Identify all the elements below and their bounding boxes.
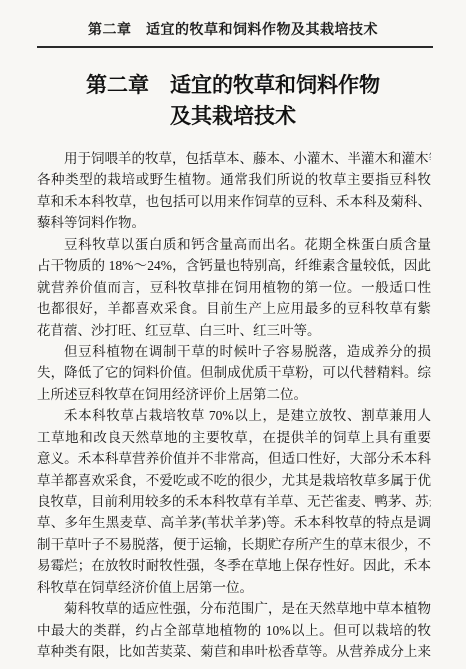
text-line: 制干草叶子不易脱落，便于运输，长期贮存所产生的草末很少，不	[37, 534, 431, 555]
text-line: 花苜蓿、沙打旺、红豆草、白三叶、红三叶等。	[37, 320, 431, 341]
text-line: 意义。禾本科草营养价值并不非常高，但适口性好，大部分禾本科	[37, 448, 431, 469]
chapter-title-line2: 及其栽培技术	[0, 101, 466, 132]
running-header: 第二章 适宜的牧草和饲料作物及其栽培技术	[0, 21, 466, 38]
text-line: 易霉烂；在放牧时耐牧性强，冬季在草地上保存性好。因此，禾本	[37, 555, 431, 576]
text-line: 藜科等饲料作物。	[37, 212, 431, 233]
text-line: 就营养价值而言，豆科牧草排在饲用植物的第一位。一般适口性	[37, 277, 431, 298]
header-rule	[37, 46, 433, 48]
text-line: 菊科牧草的适应性强，分布范围广，是在天然草地中草本植物	[37, 598, 431, 619]
text-line: 禾本科牧草占栽培牧草 70%以上，是建立放牧、割草兼用人	[37, 405, 431, 426]
text-line: 占干物质的 18%～24%，含钙量也特别高，纤维素含量较低，因此	[37, 255, 431, 276]
text-line: 科牧草在饲草经济价值上居第一位。	[37, 577, 431, 598]
text-line: 豆科牧草以蛋白质和钙含量高而出名。花期全株蛋白质含量	[37, 234, 431, 255]
paragraph: 但豆科植物在调制干草的时候叶子容易脱落，造成养分的损失，降低了它的饲料价值。但制…	[37, 341, 431, 405]
text-line: 也都很好，羊都喜欢采食。目前生产上应用最多的豆科牧草有紫	[37, 298, 431, 319]
text-line: 草种类有限，比如苦荬菜、菊苣和串叶松香草等。从营养成分上来	[37, 641, 431, 662]
text-line: 良牧草，目前利用较多的禾本科牧草有羊草、无芒雀麦、鸭茅、苏丹	[37, 491, 431, 512]
text-line: 各种类型的栽培或野生植物。通常我们所说的牧草主要指豆科牧	[37, 169, 431, 190]
page-body: 用于饲喂羊的牧草，包括草本、藤本、小灌木、半灌木和灌木等各种类型的栽培或野生植物…	[37, 148, 431, 663]
text-line: 工草地和改良天然草地的主要牧草，在提供羊的饲草上具有重要	[37, 427, 431, 448]
text-line: 草和禾本科牧草，也包括可以用来作饲草的豆科、禾本科及菊科、	[37, 191, 431, 212]
text-line: 失，降低了它的饲料价值。但制成优质干草粉，可以代替精料。综	[37, 362, 431, 383]
text-line: 但豆科植物在调制干草的时候叶子容易脱落，造成养分的损	[37, 341, 431, 362]
text-line: 草、多年生黑麦草、高羊茅(苇状羊茅)等。禾本科牧草的特点是调	[37, 512, 431, 533]
paragraph: 菊科牧草的适应性强，分布范围广，是在天然草地中草本植物中最大的类群，约占全部草地…	[37, 598, 431, 662]
book-page: 第二章 适宜的牧草和饲料作物及其栽培技术 第二章 适宜的牧草和饲料作物 及其栽培…	[0, 0, 466, 669]
text-line: 中最大的类群，约占全部草地植物的 10%以上。但可以栽培的牧	[37, 620, 431, 641]
paragraph: 豆科牧草以蛋白质和钙含量高而出名。花期全株蛋白质含量占干物质的 18%～24%，…	[37, 234, 431, 341]
chapter-title: 第二章 适宜的牧草和饲料作物 及其栽培技术	[0, 70, 466, 132]
text-line: 用于饲喂羊的牧草，包括草本、藤本、小灌木、半灌木和灌木等	[37, 148, 431, 169]
chapter-title-line1: 第二章 适宜的牧草和饲料作物	[0, 70, 466, 101]
paragraph: 禾本科牧草占栽培牧草 70%以上，是建立放牧、割草兼用人工草地和改良天然草地的主…	[37, 405, 431, 598]
paragraph: 用于饲喂羊的牧草，包括草本、藤本、小灌木、半灌木和灌木等各种类型的栽培或野生植物…	[37, 148, 431, 234]
text-line: 上所述豆科牧草在饲用经济评价上居第二位。	[37, 384, 431, 405]
text-line: 草羊都喜欢采食，不爱吃或不吃的很少，尤其是栽培牧草多属于优	[37, 470, 431, 491]
